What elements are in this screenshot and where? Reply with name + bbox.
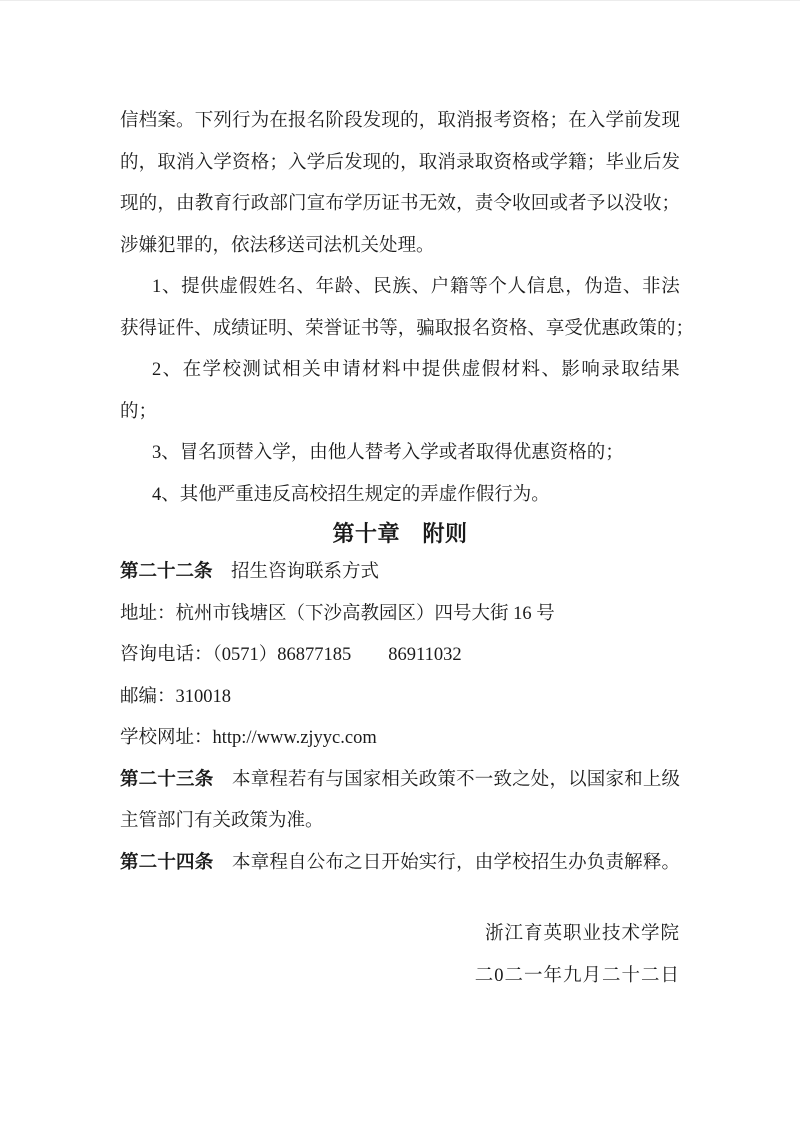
para-disciplinary-line-3: 现的，由教育行政部门宣布学历证书无效，责令收回或者予以没收； (120, 184, 680, 226)
article-23-line-2: 主管部门有关政策为准。 (120, 801, 680, 843)
para-disciplinary-line-1: 信档案。下列行为在报名阶段发现的，取消报考资格；在入学前发现 (120, 101, 680, 143)
list-item-2-line-2: 的； (120, 392, 680, 434)
signature-date: 二0二一年九月二十二日 (120, 956, 680, 998)
list-item-2-line-1: 2、在学校测试相关申请材料中提供虚假材料、影响录取结果 (120, 350, 680, 392)
article-22: 第二十二条 招生咨询联系方式 (120, 552, 680, 594)
document-body: 信档案。下列行为在报名阶段发现的，取消报考资格；在入学前发现的，取消入学资格；入… (120, 101, 680, 997)
contact-website: 学校网址：http://www.zjyyc.com (120, 718, 680, 760)
contact-postal-code: 邮编：310018 (120, 677, 680, 719)
contact-phone: 咨询电话：（0571）86877185 86911032 (120, 635, 680, 677)
article-23-line-1: 第二十三条 本章程若有与国家相关政策不一致之处，以国家和上级 (120, 760, 680, 802)
signature-institution: 浙江育英职业技术学院 (120, 914, 680, 956)
para-disciplinary-line-4: 涉嫌犯罪的，依法移送司法机关处理。 (120, 226, 680, 268)
article-24: 第二十四条 本章程自公布之日开始实行，由学校招生办负责解释。 (120, 843, 680, 885)
list-item-4: 4、其他严重违反高校招生规定的弄虚作假行为。 (120, 475, 680, 517)
document-page: 信档案。下列行为在报名阶段发现的，取消报考资格；在入学前发现的，取消入学资格；入… (0, 0, 800, 1131)
chapter-heading: 第十章 附则 (120, 516, 680, 552)
list-item-1-line-2: 获得证件、成绩证明、荣誉证书等，骗取报名资格、享受优惠政策的； (120, 309, 680, 351)
list-item-1-line-1: 1、提供虚假姓名、年龄、民族、户籍等个人信息，伪造、非法 (120, 267, 680, 309)
para-disciplinary-line-2: 的，取消入学资格；入学后发现的，取消录取资格或学籍；毕业后发 (120, 143, 680, 185)
list-item-3: 3、冒名顶替入学，由他人替考入学或者取得优惠资格的； (120, 433, 680, 475)
contact-address: 地址：杭州市钱塘区（下沙高教园区）四号大街 16 号 (120, 594, 680, 636)
